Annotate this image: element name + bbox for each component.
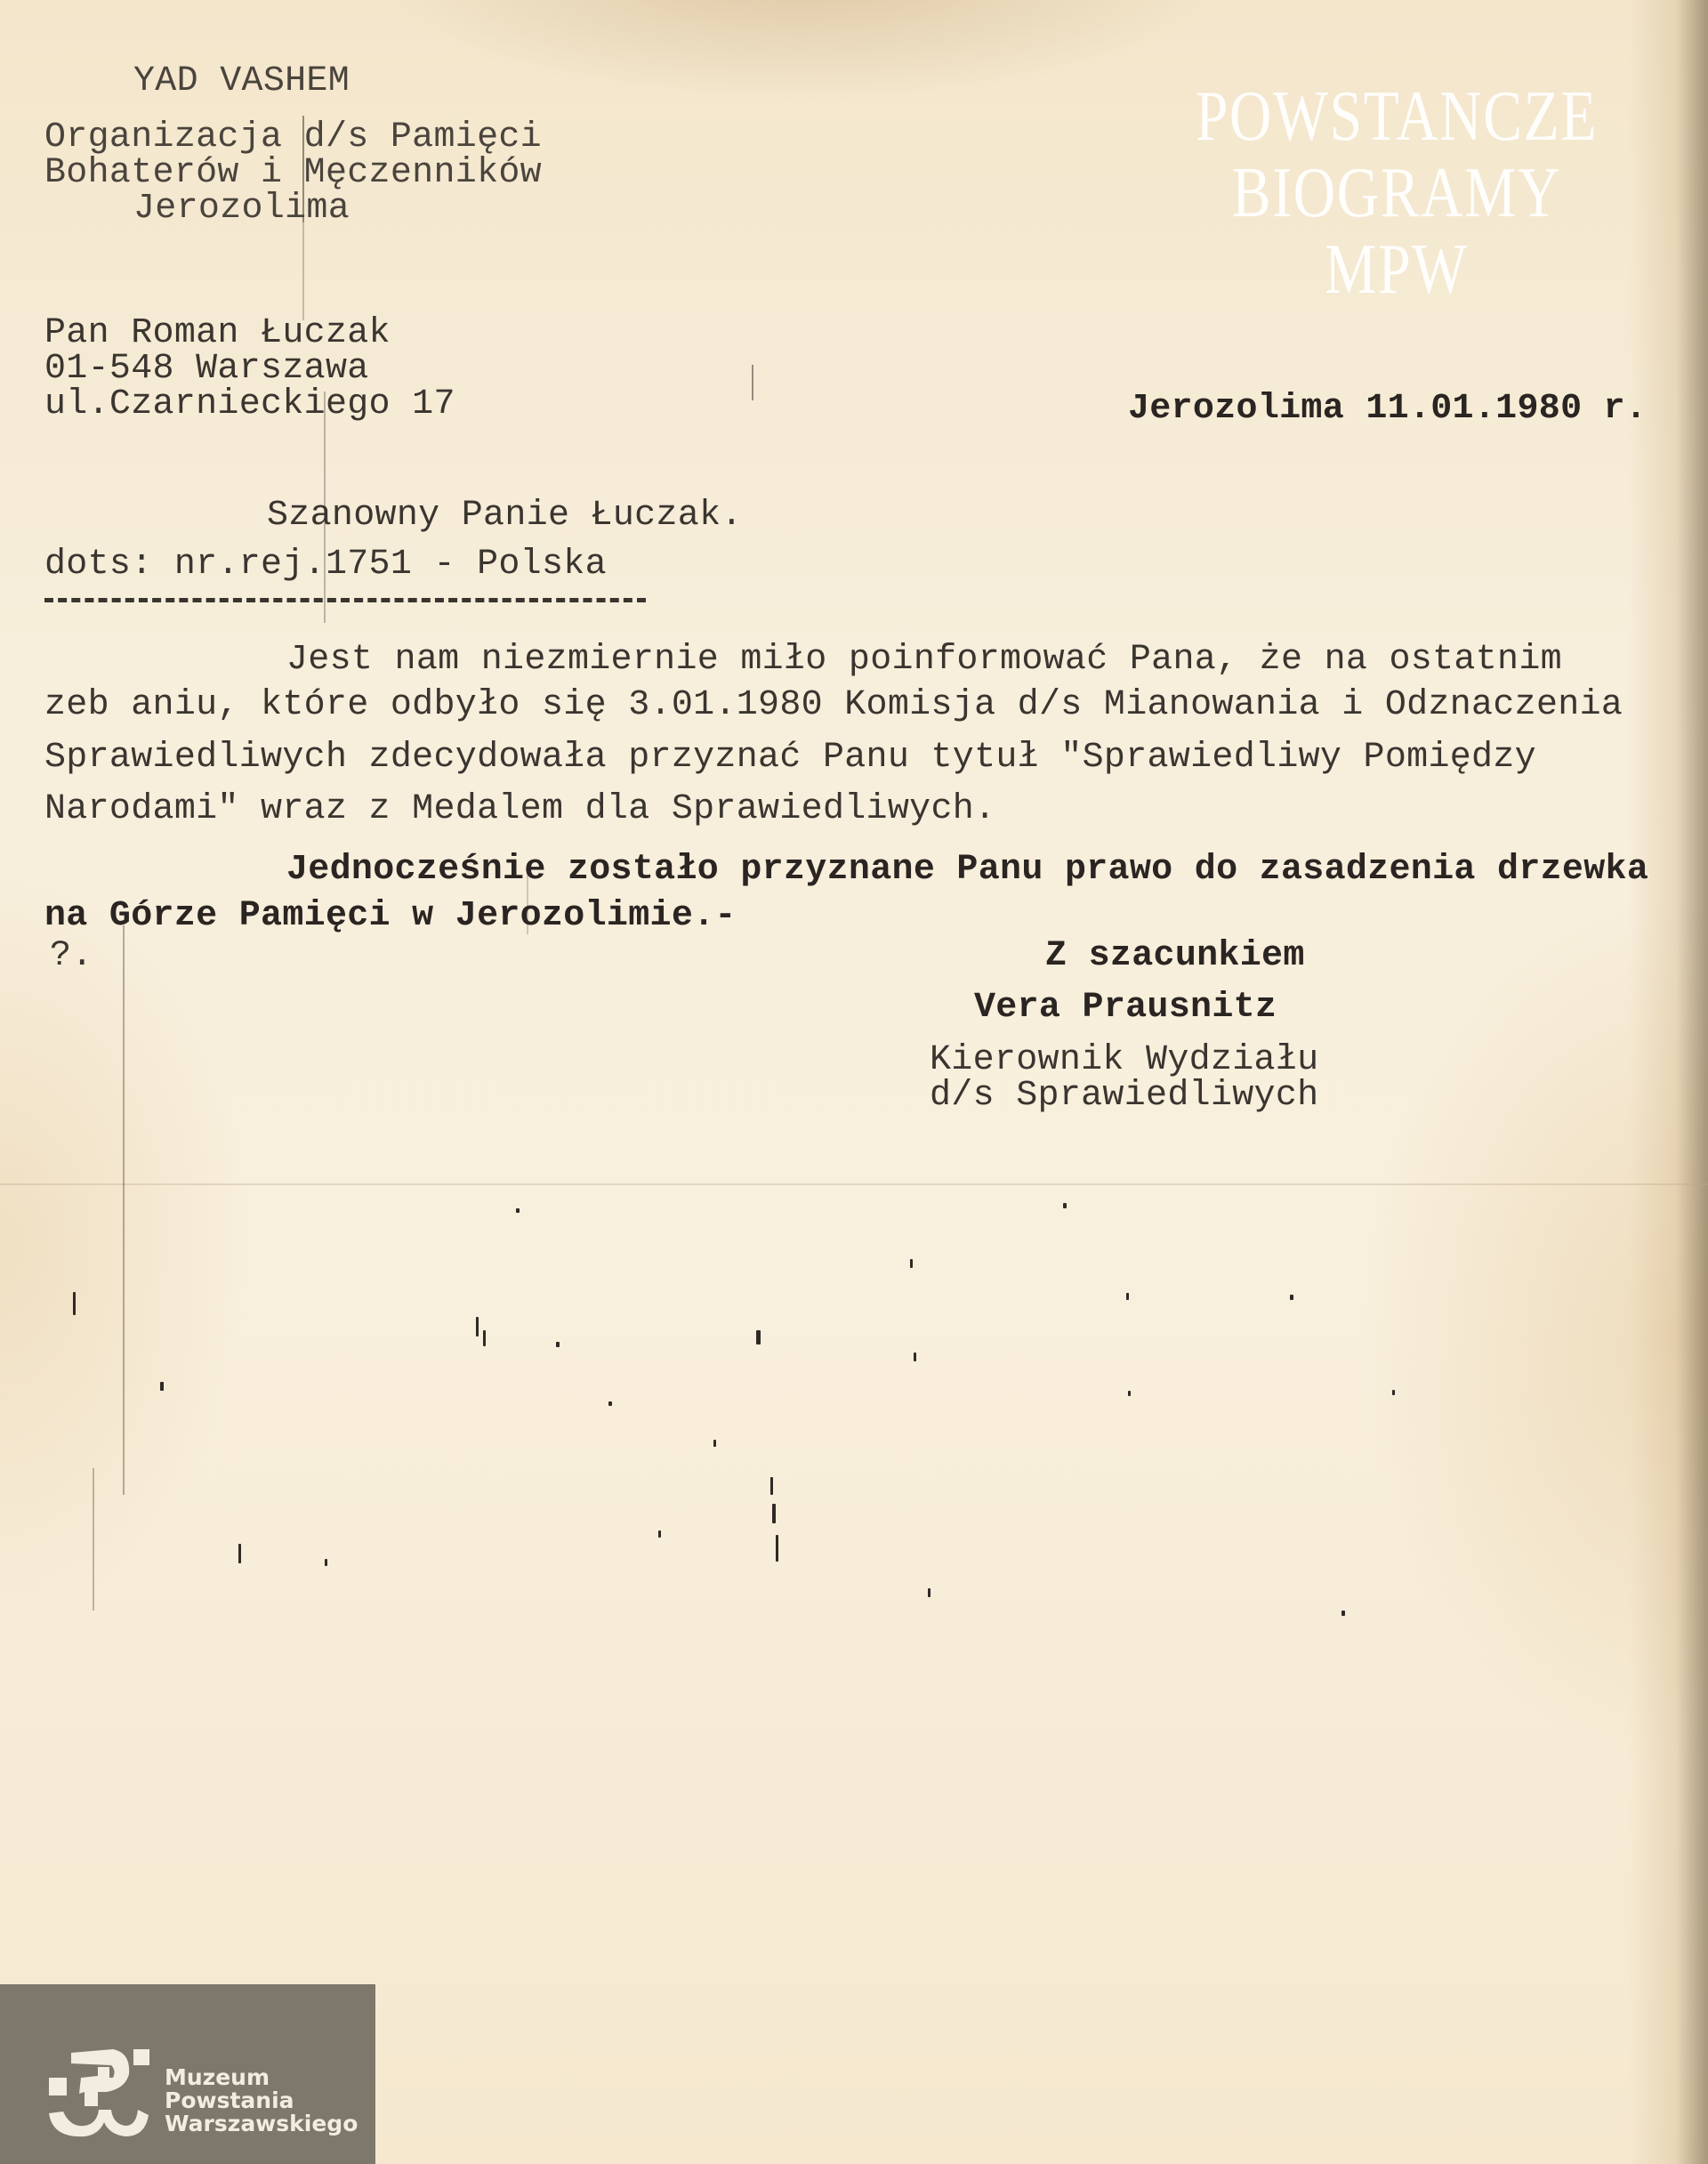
reference-underline <box>44 598 646 602</box>
scan-artifact-line <box>123 925 125 1495</box>
kotwica-anchor-icon <box>49 2042 156 2140</box>
speck <box>713 1440 716 1447</box>
speck <box>516 1208 520 1213</box>
paper-fold-line <box>0 1183 1708 1185</box>
speck <box>776 1535 778 1562</box>
speck <box>756 1330 761 1344</box>
watermark: POWSTANCZE BIOGRAMY MPW <box>1178 78 1615 308</box>
watermark-line-1: POWSTANCZE <box>1178 78 1615 155</box>
speck <box>1063 1203 1067 1208</box>
speck <box>928 1588 931 1597</box>
speck <box>608 1401 612 1406</box>
closing-title-line-2: d/s Sprawiedliwych <box>930 1078 1318 1114</box>
recipient-postal: 01-548 Warszawa <box>44 351 369 387</box>
watermark-line-2: BIOGRAMY MPW <box>1178 155 1615 308</box>
museum-logo-text: Muzeum Powstania Warszawskiego <box>165 2066 358 2136</box>
body-p1-line-1: Jest nam niezmiernie miło poinformować P… <box>286 642 1562 678</box>
scan-artifact-line <box>93 1468 94 1611</box>
reference-line: dots: nr.rej.1751 - Polska <box>44 547 607 583</box>
speck <box>1392 1390 1395 1395</box>
scan-artifact-line <box>302 222 304 320</box>
closing-signatory: Vera Prausnitz <box>974 990 1277 1026</box>
letterhead-org-name: YAD VASHEM <box>133 64 350 100</box>
speck <box>160 1382 164 1391</box>
body-p2-line-2: na Górze Pamięci w Jerozolimie.- <box>44 899 737 934</box>
speck <box>483 1330 486 1346</box>
speck <box>325 1559 327 1566</box>
salutation: Szanowny Panie Łuczak. <box>267 498 743 534</box>
logo-line-3: Warszawskiego <box>165 2112 358 2136</box>
body-p1-line-4: Narodami" wraz z Medalem dla Sprawiedliw… <box>44 792 995 828</box>
closing-regards: Z szacunkiem <box>1045 939 1305 974</box>
body-p1-line-3: Sprawiedliwych zdecydowała przyznać Panu… <box>44 740 1536 776</box>
speck <box>476 1317 479 1336</box>
closing-title-line-1: Kierownik Wydziału <box>930 1043 1318 1078</box>
speck <box>556 1342 560 1347</box>
speck <box>910 1259 913 1268</box>
recipient-street: ul.Czarnieckiego 17 <box>44 387 455 423</box>
letterhead-line-1: Organizacja d/s Pamięci <box>44 120 542 156</box>
speck <box>238 1544 241 1563</box>
museum-logo-box: Muzeum Powstania Warszawskiego <box>0 1984 375 2164</box>
letterhead-city: Jerozolima <box>133 191 350 227</box>
speck <box>1341 1611 1345 1616</box>
speck <box>658 1530 661 1538</box>
speck <box>770 1477 773 1495</box>
margin-mark: ?. <box>50 939 93 974</box>
speck <box>1290 1295 1293 1300</box>
body-p2-line-1: Jednocześnie zostało przyznane Panu praw… <box>286 852 1648 888</box>
speck <box>1126 1293 1129 1300</box>
recipient-name: Pan Roman Łuczak <box>44 316 391 351</box>
logo-line-2: Powstania <box>165 2089 358 2112</box>
body-p1-line-2: zeb aniu, które odbyło się 3.01.1980 Kom… <box>44 688 1623 723</box>
speck <box>914 1352 916 1361</box>
speck <box>1128 1391 1131 1396</box>
scan-artifact-line <box>752 365 753 400</box>
date-line: Jerozolima 11.01.1980 r. <box>1128 392 1647 427</box>
speck <box>73 1292 76 1315</box>
letterhead-line-2: Bohaterów i Męczenników <box>44 156 542 191</box>
paper-edge-shadow <box>1628 0 1708 2164</box>
speck <box>772 1504 776 1523</box>
logo-line-1: Muzeum <box>165 2066 358 2089</box>
